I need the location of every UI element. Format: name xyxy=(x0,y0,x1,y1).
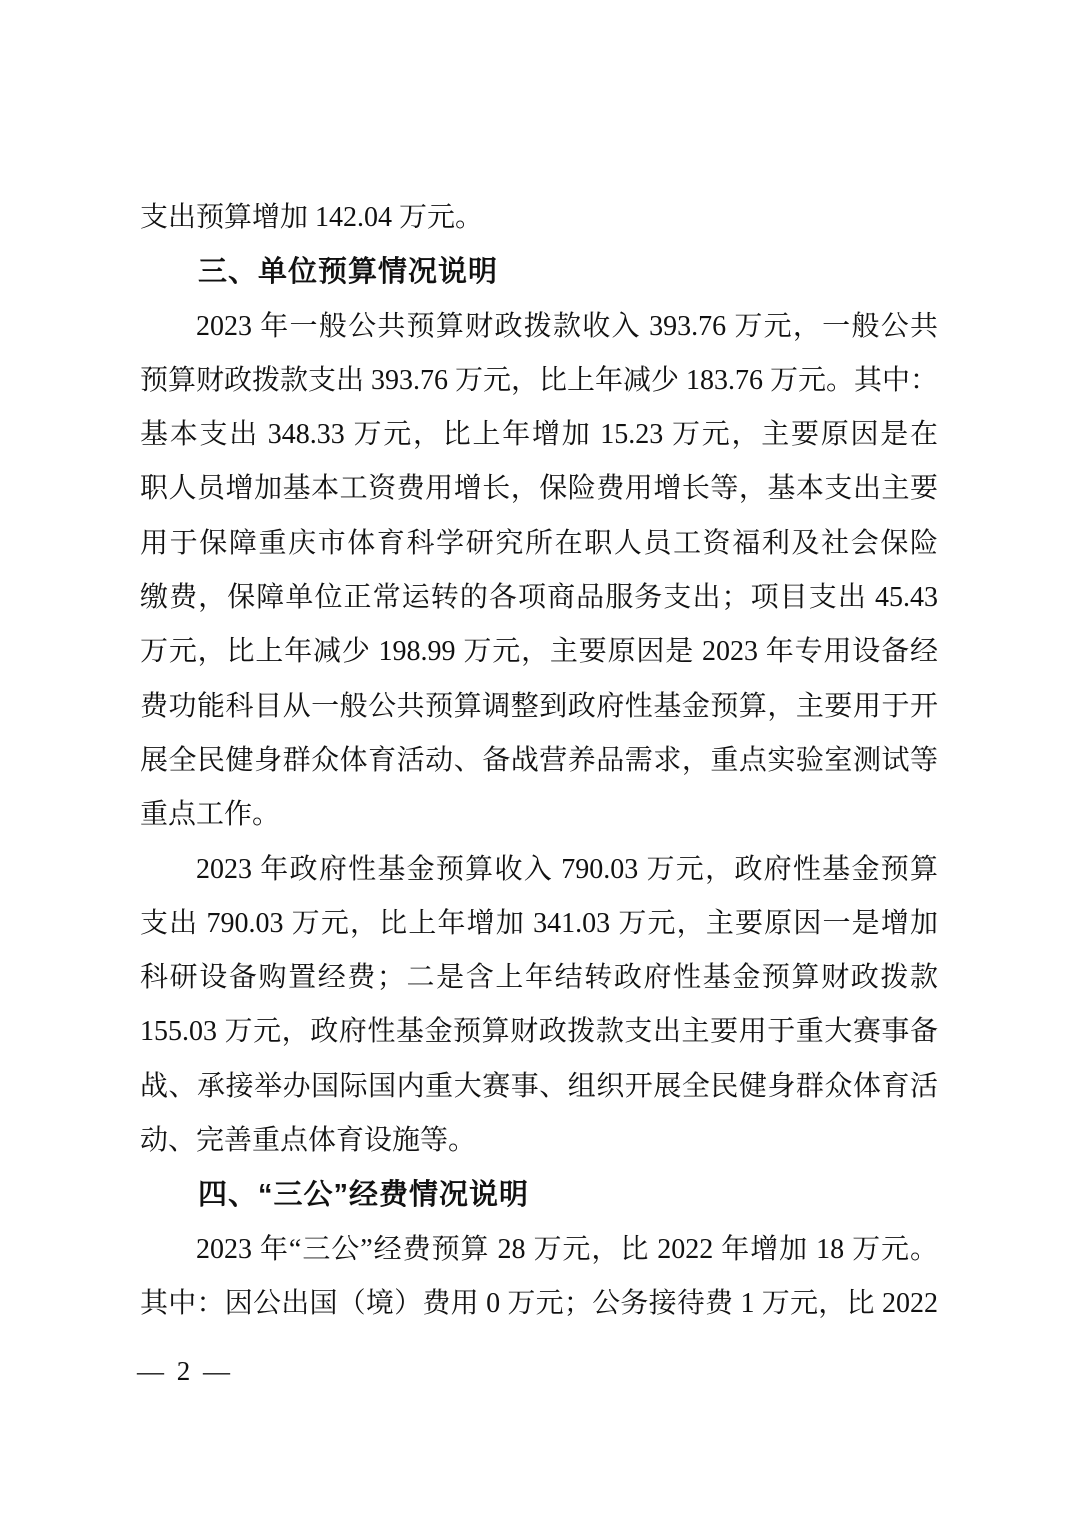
section-heading: 四、“三公”经费情况说明 xyxy=(140,1168,938,1222)
text-line: 用于保障重庆市体育科学研究所在职人员工资福利及社会保险 xyxy=(140,517,938,571)
text-line: 其中：因公出国（境）费用 0 万元；公务接待费 1 万元，比 2022 xyxy=(140,1277,938,1331)
text-line: 支出 790.03 万元，比上年增加 341.03 万元，主要原因一是增加 xyxy=(140,897,938,951)
text-line: 预算财政拨款支出 393.76 万元，比上年减少 183.76 万元。其中： xyxy=(140,354,938,408)
text-line: 缴费，保障单位正常运转的各项商品服务支出；项目支出 45.43 xyxy=(140,571,938,625)
section-heading: 三、单位预算情况说明 xyxy=(140,245,938,299)
text-line: 科研设备购置经费；二是含上年结转政府性基金预算财政拨款 xyxy=(140,951,938,1005)
text-line: 费功能科目从一般公共预算调整到政府性基金预算，主要用于开 xyxy=(140,680,938,734)
page-footer: — 2 — xyxy=(137,1345,233,1397)
text-line: 基本支出 348.33 万元，比上年增加 15.23 万元，主要原因是在 xyxy=(140,408,938,462)
text-line: 2023 年一般公共预算财政拨款收入 393.76 万元，一般公共 xyxy=(140,300,938,354)
text-line: 战、承接举办国际国内重大赛事、组织开展全民健身群众体育活 xyxy=(140,1060,938,1114)
text-line: 展全民健身群众体育活动、备战营养品需求，重点实验室测试等 xyxy=(140,734,938,788)
text-line: 万元，比上年减少 198.99 万元，主要原因是 2023 年专用设备经 xyxy=(140,625,938,679)
text-line: 职人员增加基本工资费用增长，保险费用增长等，基本支出主要 xyxy=(140,462,938,516)
text-line: 动、完善重点体育设施等。 xyxy=(140,1114,938,1168)
text-line: 155.03 万元，政府性基金预算财政拨款支出主要用于重大赛事备 xyxy=(140,1005,938,1059)
document-page: 支出预算增加 142.04 万元。三、单位预算情况说明2023 年一般公共预算财… xyxy=(0,0,1074,1520)
page-number: — 2 — xyxy=(137,1356,233,1386)
text-line: 重点工作。 xyxy=(140,788,938,842)
document-body: 支出预算增加 142.04 万元。三、单位预算情况说明2023 年一般公共预算财… xyxy=(140,191,938,1331)
text-line: 2023 年“三公”经费预算 28 万元，比 2022 年增加 18 万元。 xyxy=(140,1223,938,1277)
text-line: 支出预算增加 142.04 万元。 xyxy=(140,191,938,245)
text-line: 2023 年政府性基金预算收入 790.03 万元，政府性基金预算 xyxy=(140,843,938,897)
